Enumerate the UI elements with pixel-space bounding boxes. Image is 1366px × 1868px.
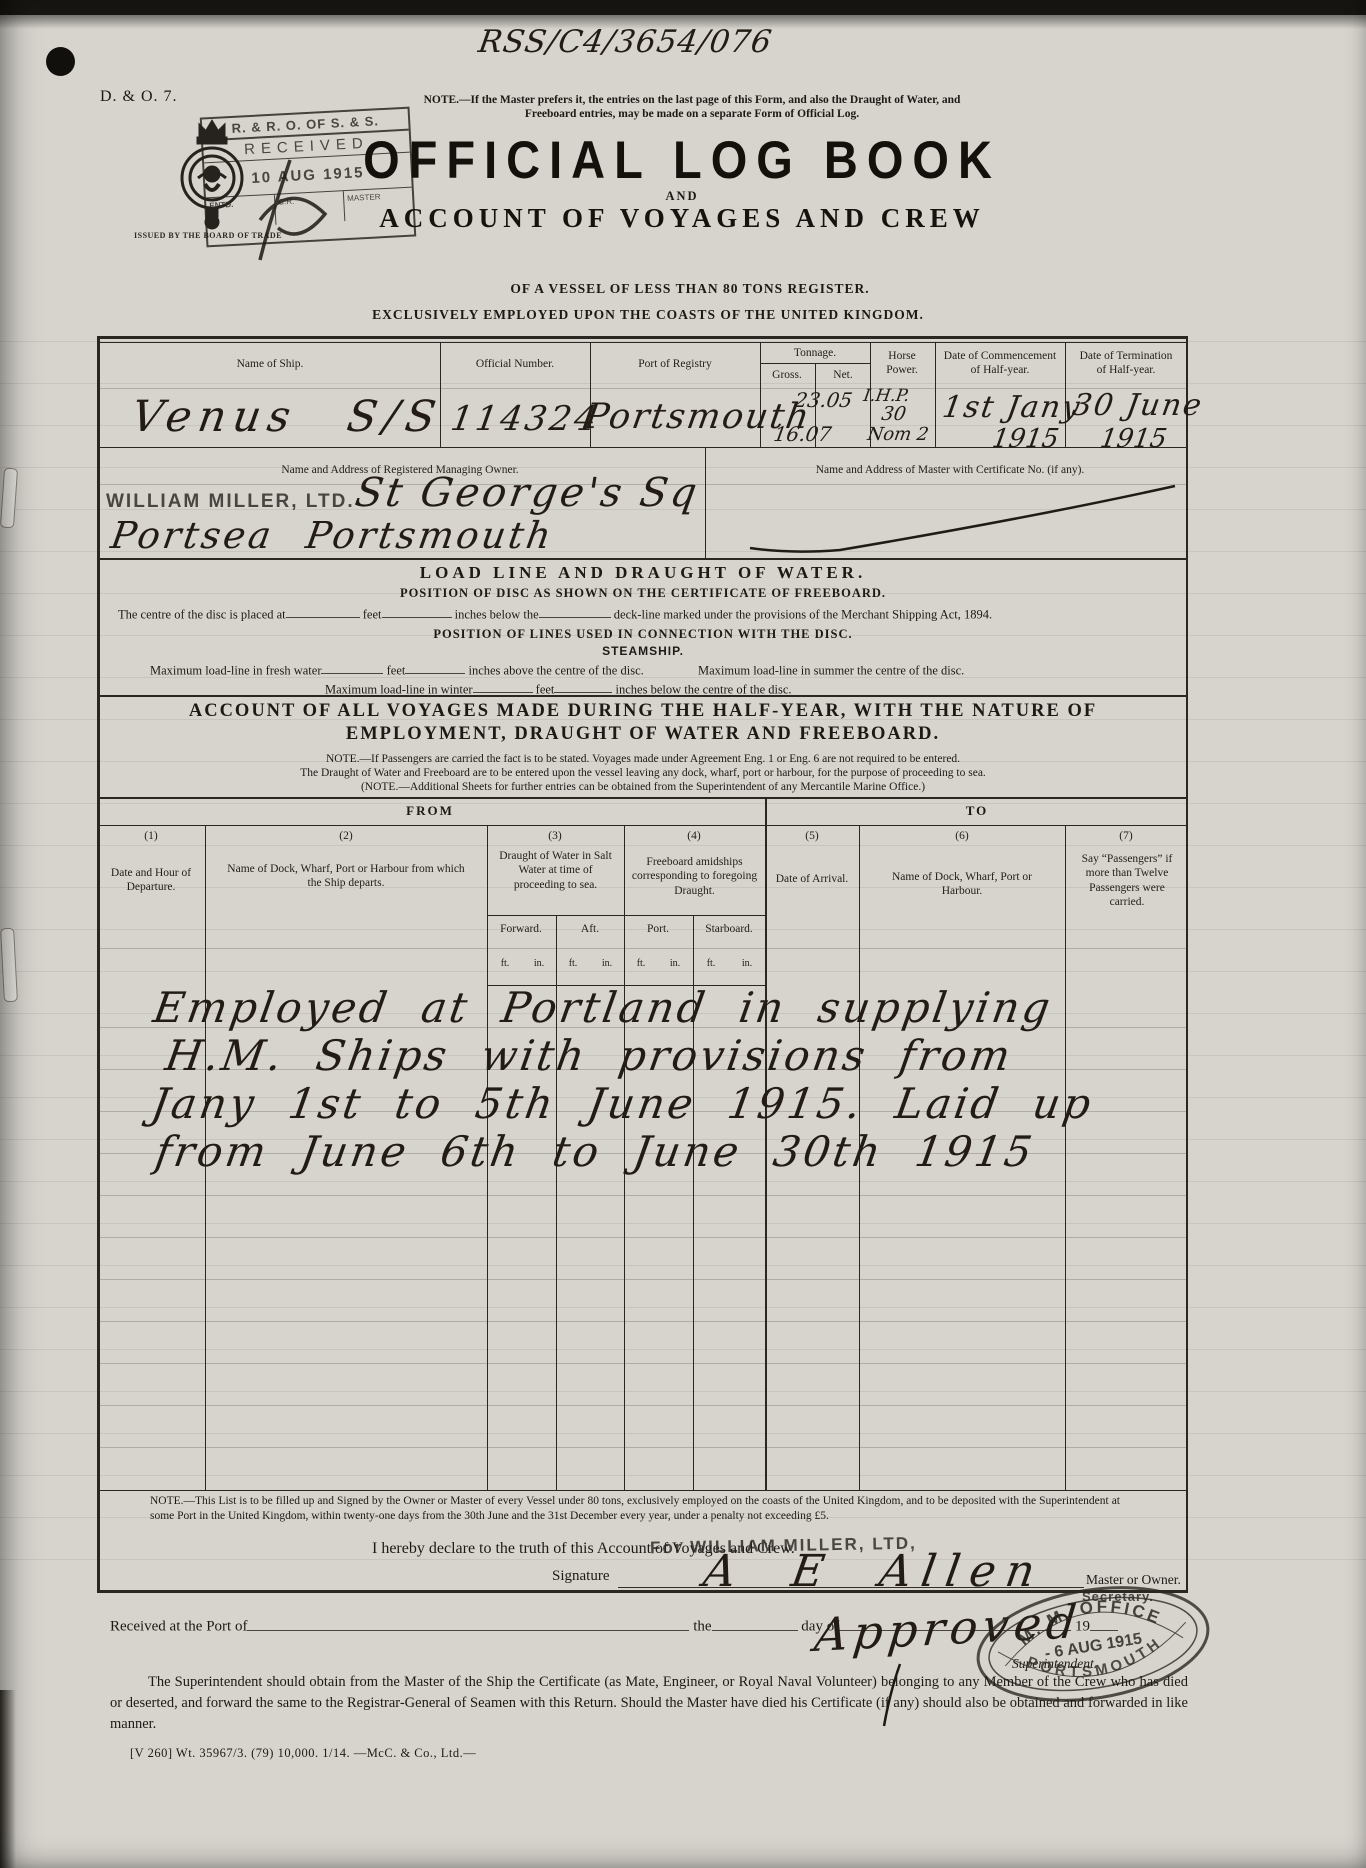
voyage-col4-number: (4) (687, 829, 700, 843)
nominal-hp-entry: Nom 2 (866, 424, 930, 445)
disc-centre-text2: feet (363, 607, 382, 621)
coasts-line: EXCLUSIVELY EMPLOYED UPON THE COASTS OF … (372, 307, 924, 323)
starboard-sublabel: Starboard. (705, 922, 753, 936)
steamship-heading: STEAMSHIP. (602, 644, 684, 658)
voyage-col7-label: Say “Passengers” if more than Twelve Pas… (1073, 852, 1181, 910)
hole-punch (46, 47, 75, 76)
rule (97, 948, 1186, 949)
rule (97, 1405, 1186, 1406)
termination-entry-line2: 1915 (1098, 424, 1169, 454)
rule (97, 797, 1186, 799)
col-header-horse-power: HorsePower. (886, 349, 918, 378)
vessel-line: OF A VESSEL OF LESS THAN 80 TONS REGISTE… (510, 281, 869, 297)
voyage-entry-line2: H.M. Ships with provisions from (162, 1031, 1017, 1080)
ft-unit: ft. (707, 958, 716, 971)
owner-address-handwriting-line1: St George's Sq (352, 470, 703, 516)
voyage-col7-number: (7) (1119, 829, 1132, 843)
rule (935, 342, 936, 447)
ft-unit: ft. (637, 958, 646, 971)
fresh-text1: Maximum load-line in fresh water (150, 663, 321, 677)
half-year-label: of Half-year. (1097, 364, 1156, 376)
col-header-gross: Gross. (772, 368, 802, 382)
archive-reference-handwriting: RSS/C4/3654/076 (476, 24, 775, 60)
voyage-col5-label: Date of Arrival. (773, 872, 851, 886)
master-label: Name and Address of Master with Certific… (816, 463, 1085, 477)
voyage-col3-number: (3) (548, 829, 561, 843)
ft-unit: ft. (501, 958, 510, 971)
rule (97, 388, 1186, 389)
commencement-entry-line2: 1915 (990, 424, 1061, 454)
rule (487, 915, 765, 916)
filing-note: NOTE.—This List is to be filled up and S… (150, 1494, 1120, 1524)
voyages-heading-line2: EMPLOYMENT, DRAUGHT OF WATER AND FREEBOA… (346, 724, 940, 745)
rule (97, 1490, 1186, 1491)
official-number-entry: 114324 (448, 399, 602, 439)
port-sublabel: Port. (647, 922, 669, 936)
voyage-entry-line4: from June 6th to June 30th 1915 (152, 1127, 1038, 1176)
scan-left-bottom-edge (0, 1690, 16, 1868)
rule (97, 1447, 1186, 1448)
load-line-title: LOAD LINE AND DRAUGHT OF WATER. (420, 563, 866, 583)
superintendent-instructions: The Superintendent should obtain from th… (110, 1672, 1188, 1735)
scanned-log-book-page: RSS/C4/3654/076 D. & O. 7. NOTE.—If the … (0, 0, 1366, 1868)
voyage-col2-number: (2) (339, 829, 352, 843)
page-title: OFFICIAL LOG BOOK (363, 129, 1001, 191)
printer-imprint: [V 260] Wt. 35967/3. (79) 10,000. 1/14. … (130, 1746, 476, 1761)
voyages-note-line3: (NOTE.—Additional Sheets for further ent… (361, 780, 925, 795)
voyage-col4-label: Freeboard amidships corresponding to for… (630, 855, 759, 898)
rule (97, 342, 1188, 343)
rule (97, 336, 100, 1592)
rule (97, 1321, 1186, 1322)
rule (705, 447, 706, 558)
power-label: Power. (886, 364, 918, 376)
net-tonnage-entry: 16.07 (772, 422, 833, 446)
rule (97, 1363, 1186, 1364)
binding-stitch (0, 928, 18, 1003)
from-section-label: FROM (406, 803, 454, 819)
voyage-entry-line3: Jany 1st to 5th June 1915. Laid up (148, 1079, 1097, 1128)
voyages-heading-line1: ACCOUNT OF ALL VOYAGES MADE DURING THE H… (189, 701, 1097, 722)
signature-label: Signature (552, 1568, 610, 1585)
summer-text: Maximum load-line in summer the centre o… (698, 663, 964, 677)
voyage-col2-label: Name of Dock, Wharf, Port or Harbour fro… (225, 862, 467, 891)
col-header-tonnage: Tonnage. (794, 346, 836, 360)
forward-sublabel: Forward. (500, 922, 542, 936)
rule (97, 1195, 1186, 1196)
the-label: the (693, 1619, 711, 1635)
voyages-note-line1: NOTE.—If Passengers are carried the fact… (326, 752, 960, 767)
rule (1065, 825, 1066, 1490)
ft-unit: ft. (569, 958, 578, 971)
rule (97, 695, 1186, 697)
termination-entry-line1: 30 June (1070, 388, 1206, 423)
position-of-lines-line: POSITION OF LINES USED IN CONNECTION WIT… (433, 627, 852, 642)
owner-address-handwriting-line2: Portsea Portsmouth (108, 514, 557, 557)
voyages-note-line2: The Draught of Water and Freeboard are t… (300, 766, 986, 781)
hp-value-entry: 30 (880, 403, 908, 425)
in-unit: in. (670, 958, 680, 971)
signature-handwriting: A E Allen (700, 1546, 1048, 1597)
position-of-disc-line: POSITION OF DISC AS SHOWN ON THE CERTIFI… (400, 586, 886, 601)
col-header-commencement: Date of Commencementof Half-year. (944, 349, 1056, 378)
voyage-col3-label: Draught of Water in Salt Water at time o… (493, 849, 618, 892)
ship-name-entry: Venus S/S (128, 392, 446, 442)
rule (97, 1237, 1186, 1238)
fresh-water-line: Maximum load-line in fresh water feet in… (150, 662, 964, 678)
aft-sublabel: Aft. (581, 922, 599, 936)
in-unit: in. (742, 958, 752, 971)
col-header-termination: Date of Terminationof Half-year. (1080, 349, 1173, 378)
in-unit: in. (534, 958, 544, 971)
col-header-net: Net. (833, 368, 852, 382)
commencement-label: Date of Commencement (944, 350, 1056, 362)
horse-label: Horse (888, 350, 915, 362)
voyage-col1-label: Date and Hour of Departure. (105, 866, 197, 895)
pen-flourish (230, 150, 360, 270)
col-header-name-of-ship: Name of Ship. (237, 357, 304, 371)
voyage-col6-label: Name of Dock, Wharf, Port or Harbour. (875, 870, 1049, 899)
rule (97, 825, 1186, 826)
page-subtitle: ACCOUNT OF VOYAGES AND CREW (379, 203, 985, 234)
received-label: Received at the Port of (110, 1619, 247, 1635)
disc-centre-text1: The centre of the disc is placed at (118, 607, 286, 621)
owner-company-stamp: WILLIAM MILLER, LTD. (106, 491, 355, 513)
voyage-col1-number: (1) (144, 829, 157, 843)
half-year-label: of Half-year. (971, 364, 1030, 376)
scan-top-edge (0, 0, 1366, 15)
header-note-line2: Freeboard entries, may be made on a sepa… (525, 107, 859, 122)
rule (97, 336, 1188, 339)
rule (760, 363, 870, 364)
voyage-col5-number: (5) (805, 829, 818, 843)
to-section-label: TO (966, 803, 989, 819)
master-field-pen-stroke (730, 478, 1180, 556)
binding-stitch (0, 468, 18, 529)
gross-tonnage-entry: 23.05 (793, 388, 854, 412)
col-header-port-of-registry: Port of Registry (638, 357, 711, 371)
rule (1186, 336, 1188, 1592)
commencement-entry-line1: 1st Jany (940, 390, 1084, 425)
title-conjunction: AND (665, 189, 698, 204)
disc-centre-text3: inches below the (455, 607, 539, 621)
voyage-entry-line1: Employed at Portland in supplying (150, 983, 1056, 1032)
voyage-col6-number: (6) (955, 829, 968, 843)
disc-centre-text4: deck-line marked under the provisions of… (614, 607, 992, 621)
header-note-line1: NOTE.—If the Master prefers it, the entr… (424, 93, 961, 108)
fresh-text2: feet (387, 663, 406, 677)
col-header-official-number: Official Number. (476, 357, 554, 371)
in-unit: in. (602, 958, 612, 971)
termination-label: Date of Termination (1080, 350, 1173, 362)
rule (97, 1279, 1186, 1280)
rule (97, 558, 1186, 560)
disc-centre-line: The centre of the disc is placed at feet… (118, 606, 992, 622)
fresh-text3: inches above the centre of the disc. (468, 663, 643, 677)
form-code: D. & O. 7. (100, 88, 178, 106)
